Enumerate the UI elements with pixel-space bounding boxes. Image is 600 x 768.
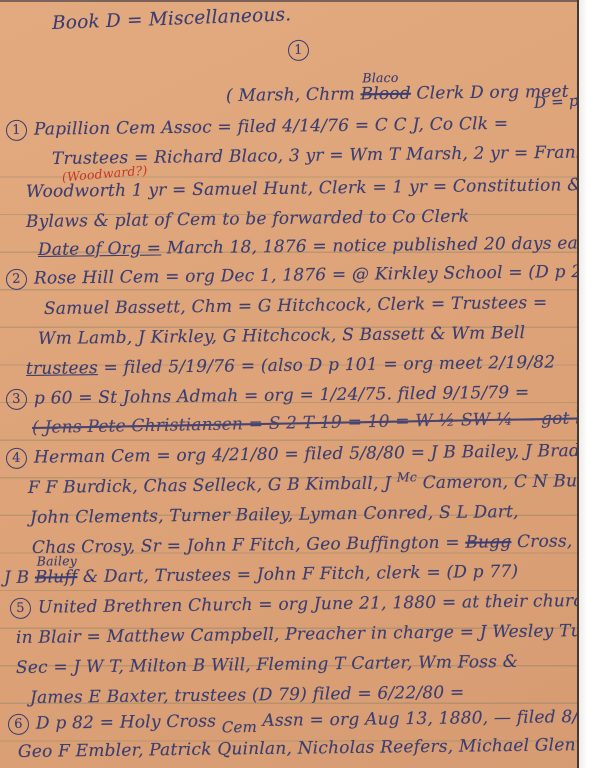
entry1-line3: (Woodward?)Woodworth 1 yr = Samuel Hunt,…	[26, 175, 583, 202]
struck-bugg: Bugg	[465, 532, 511, 553]
entry4-line5: J B BaileyBluff & Dart, Trustees = John …	[4, 562, 519, 588]
correction-bailey: Bailey	[37, 553, 77, 568]
date-of-org-underlined: Date of Org =	[38, 238, 161, 260]
entry2-line2: Samuel Bassett, Chm = G Hitchcock, Clerk…	[44, 293, 548, 319]
entry3-number: 3	[6, 389, 27, 410]
entry3-line2-struck: ( Jens Pete Christiansen = S 2 T 19 = 10…	[32, 408, 600, 438]
entry2-text1: Rose Hill Cem = org Dec 1, 1876 = @ Kirk…	[34, 262, 583, 289]
entry1-line4: Bylaws & plat of Cem to be forwarded to …	[26, 207, 469, 232]
entry1-text3a: Woodworth 1 yr =	[26, 180, 192, 202]
page-number-circled: 1	[288, 40, 309, 61]
inserted-cem: Cem	[222, 718, 257, 736]
header-note-prefix: ( Marsh, Chrm	[226, 84, 361, 106]
entry3-line1: 3p 60 = St Johns Admah = org = 1/24/75. …	[6, 383, 530, 410]
notebook-page: Book D = Miscellaneous. 1 ( Marsh, Chrm …	[0, 0, 600, 768]
scan-edge-top	[0, 0, 578, 2]
entry4-text5a: J B	[4, 568, 35, 588]
entry5-number: 5	[10, 598, 31, 619]
page-number: 1	[288, 40, 316, 61]
entry1-line5: Date of Org = March 18, 1876 = notice pu…	[38, 233, 600, 260]
entry2-line1: 2Rose Hill Cem = org Dec 1, 1876 = @ Kir…	[6, 262, 583, 290]
entry2-line4: trustees = filed 5/19/76 = (also D p 101…	[26, 353, 556, 379]
entry4-line1: 4Herman Cem = org 4/21/80 = filed 5/8/80…	[6, 440, 600, 469]
entry4-text2b: Cameron, C N Burdick,	[417, 471, 600, 494]
page-title: Book D = Miscellaneous.	[52, 4, 292, 34]
entry2-text4: = filed 5/19/76 = (also D p 101 = org me…	[98, 353, 556, 379]
entry1-number: 1	[6, 120, 27, 141]
entry5-text1: United Brethren Church = org June 21, 18…	[38, 590, 600, 617]
trustees-underlined: trustees	[26, 358, 98, 379]
correction-above: Blaco	[362, 70, 398, 85]
entry6-line1: 6D p 82 = Holy Cross Cem Assn = org Aug …	[8, 706, 600, 735]
entry1-text3b: Samuel Hunt, Clerk = 1 yr = Constitution…	[192, 175, 583, 200]
entry1-line1: 1Papillion Cem Assoc = filed 4/14/76 = C…	[6, 114, 509, 141]
entry5-line1: 5United Brethren Church = org June 21, 1…	[10, 590, 600, 619]
entry3-text1: p 60 = St Johns Admah = org = 1/24/75. f…	[34, 383, 530, 409]
entry4-line3: John Clements, Turner Bailey, Lyman Conr…	[30, 502, 519, 528]
scan-edge-right	[577, 0, 600, 768]
entry2-number: 2	[6, 269, 27, 290]
entry4-text4a: Chas Crosy, Sr = John F Fitch, Geo Buffi…	[32, 533, 466, 558]
entry5-line2: in Blair = Matthew Campbell, Preacher in…	[16, 620, 600, 648]
entry6-text1a: D p 82 = Holy Cross	[36, 711, 222, 733]
entry6-text1b: Assn = org Aug 13, 1880, — filed 8/23/80	[257, 706, 600, 731]
entry4-text2a: F F Burdick, Chas Selleck, G B Kimball, …	[28, 473, 397, 498]
struck-bluff: Bluff	[35, 567, 78, 588]
entry4-line2: F F Burdick, Chas Selleck, G B Kimball, …	[28, 471, 600, 498]
correction-wrap-bluff: BaileyBluff	[35, 567, 78, 588]
entry4-text4b: Cross,	[511, 531, 572, 552]
struck-line: ( Jens Pete Christiansen = S 2 T 19 = 10…	[32, 408, 600, 438]
entry6-line2: Geo F Embler, Patrick Quinlan, Nicholas …	[18, 735, 600, 762]
correction-wrap: BlacoBlood	[360, 84, 411, 105]
superscript-mc: Mc	[397, 469, 417, 484]
struck-word: Blood	[360, 84, 411, 105]
entry4-number: 4	[6, 448, 27, 469]
entry5-line3: Sec = J W T, Milton B Will, Fleming T Ca…	[16, 652, 518, 678]
header-note: ( Marsh, Chrm BlacoBlood Clerk D org mee…	[226, 82, 581, 106]
entry4-text5b: & Dart, Trustees = John F Fitch, clerk =…	[77, 562, 518, 587]
entry6-number: 6	[8, 714, 29, 735]
entry2-line3: Wm Lamb, J Kirkley, G Hitchcock, S Basse…	[38, 323, 525, 349]
entry1-text5: March 18, 1876 = notice published 20 day…	[161, 233, 600, 259]
entry4-text1: Herman Cem = org 4/21/80 = filed 5/8/80 …	[34, 440, 600, 467]
entry5-line4: James E Baxter, trustees (D 79) filed = …	[30, 683, 465, 708]
entry1-text1: Papillion Cem Assoc = filed 4/14/76 = C …	[34, 114, 509, 140]
entry4-line4: Chas Crosy, Sr = John F Fitch, Geo Buffi…	[32, 531, 573, 558]
